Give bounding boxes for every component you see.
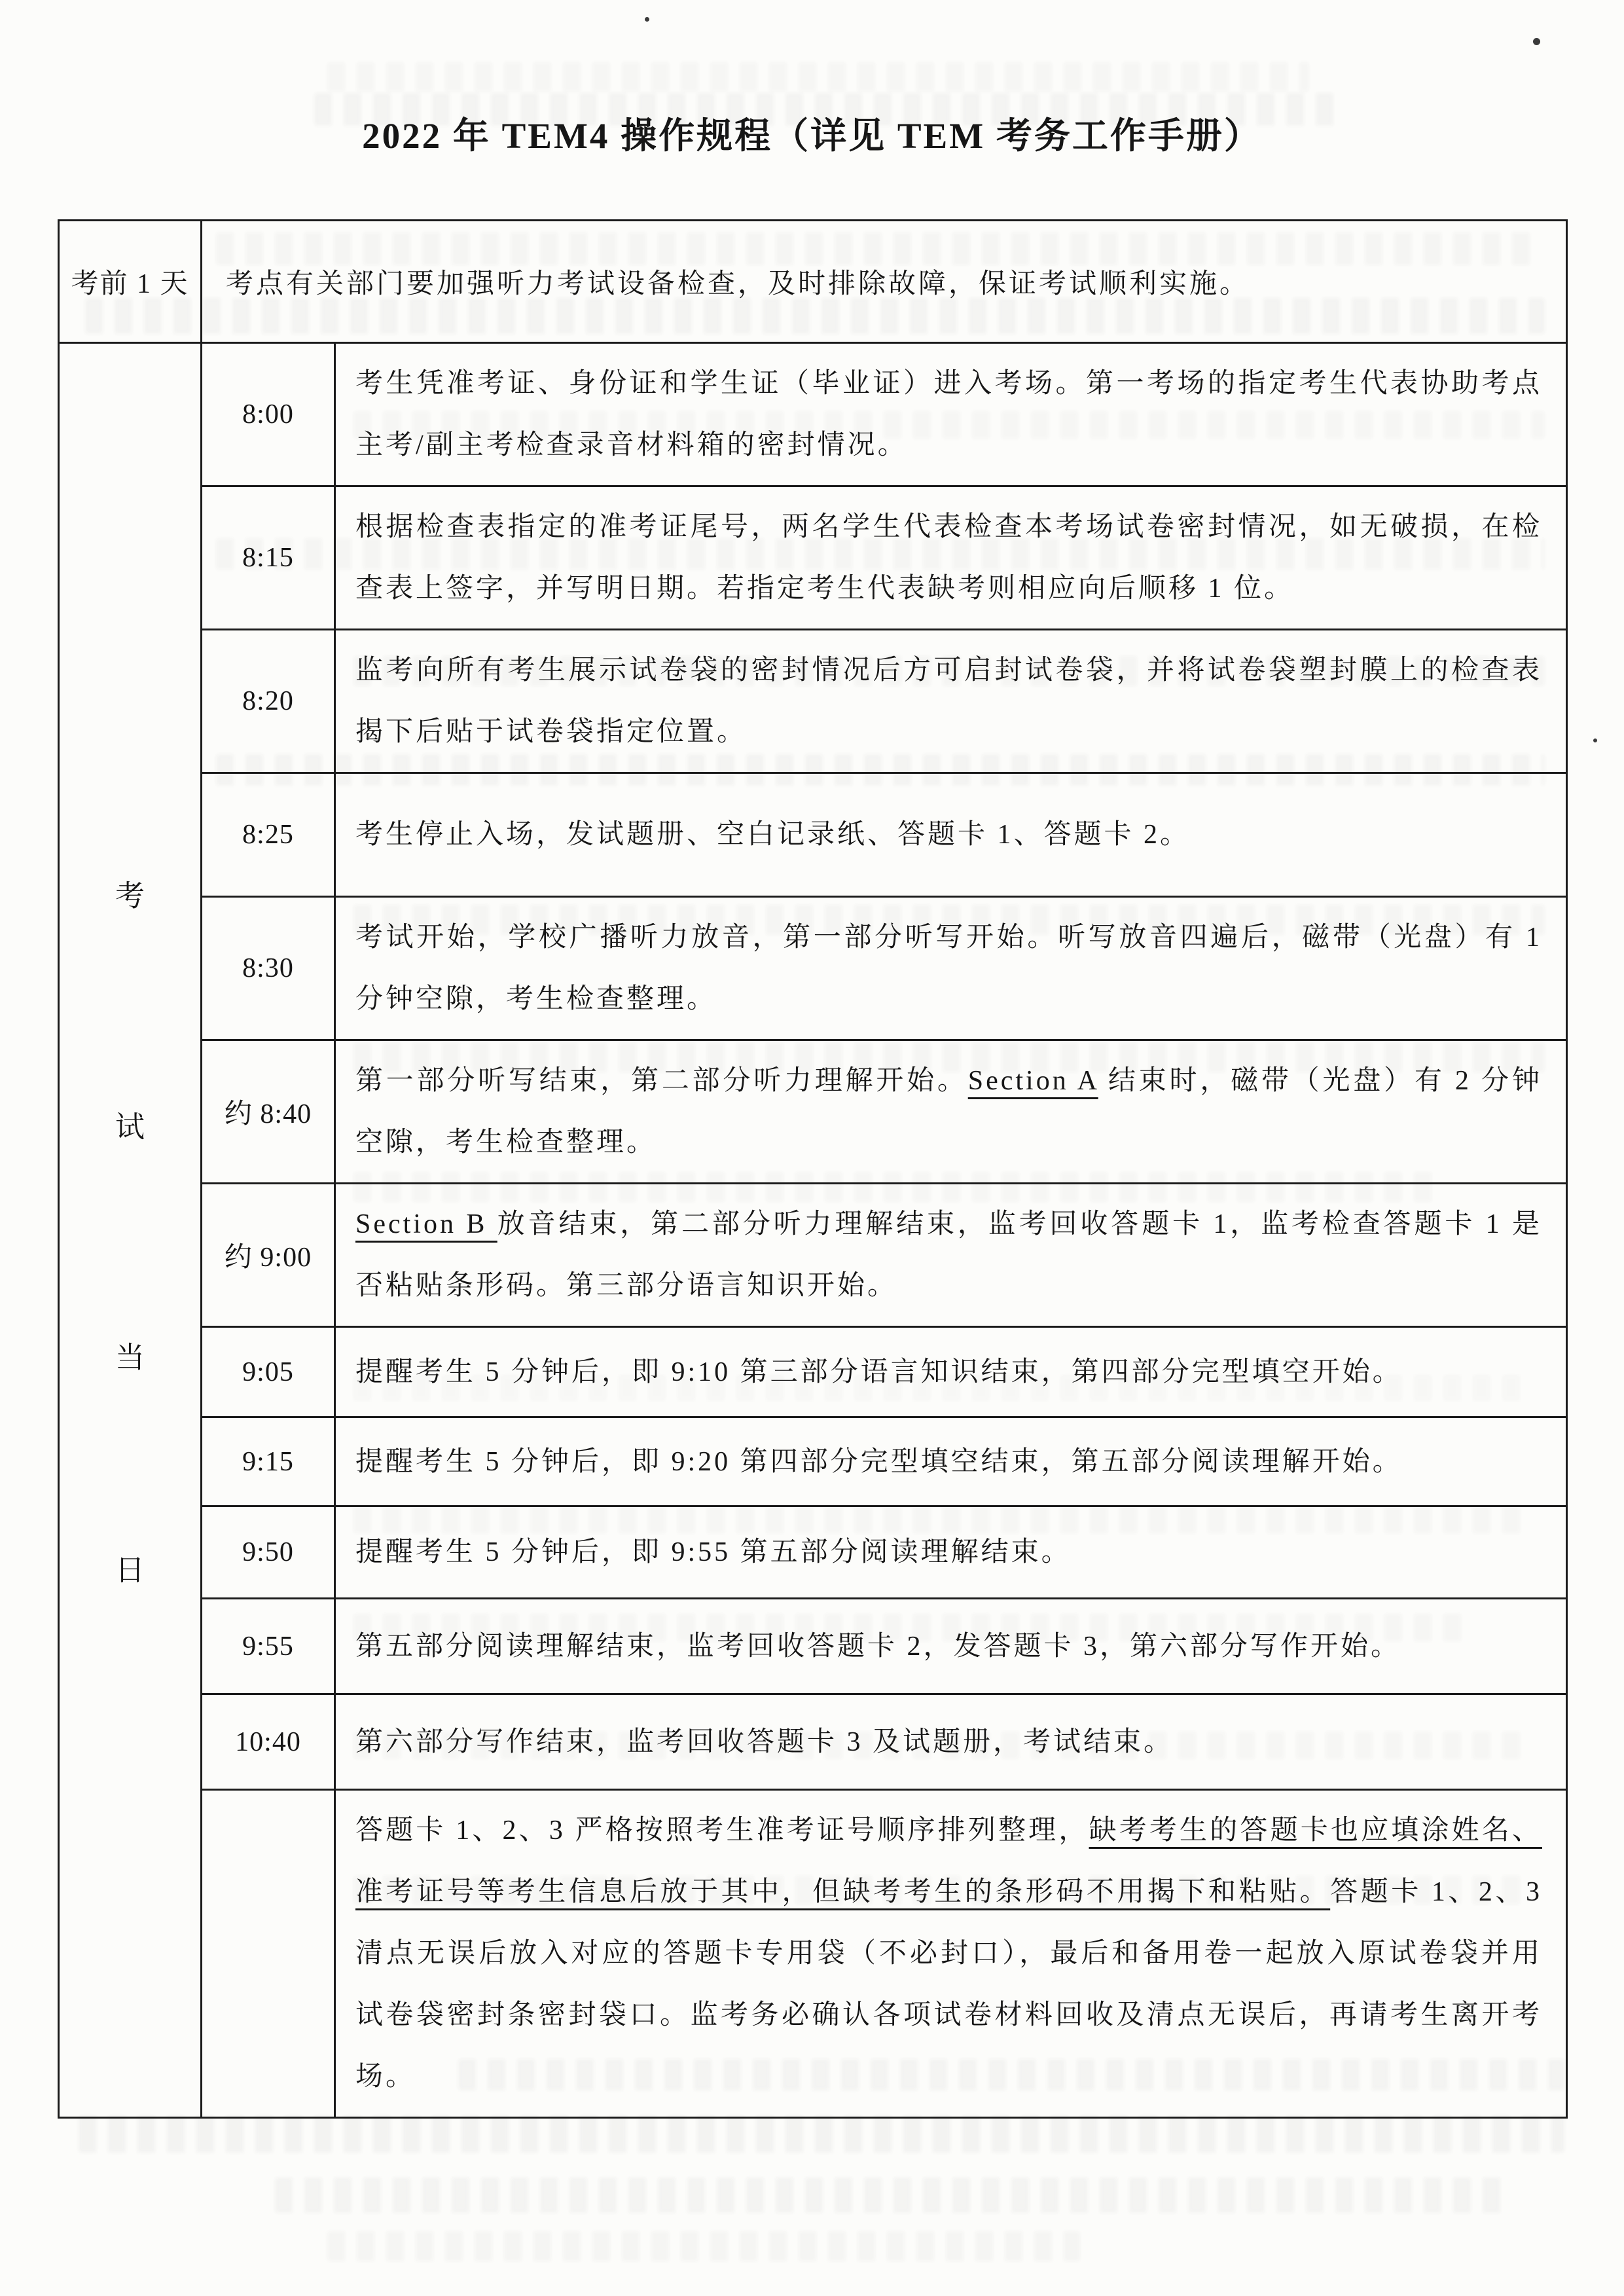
content-cell: 第一部分听写结束，第二部分听力理解开始。Section A 结束时，磁带（光盘）… bbox=[336, 1041, 1566, 1182]
time-cell bbox=[202, 1791, 336, 2117]
content-cell: 监考向所有考生展示试卷袋的密封情况后方可启封试卷袋，并将试卷袋塑封膜上的检查表揭… bbox=[336, 630, 1566, 772]
schedule-row: 9:05提醒考生 5 分钟后，即 9:10 第三部分语言知识结束，第四部分完型填… bbox=[202, 1326, 1566, 1416]
scan-speck bbox=[1533, 38, 1540, 45]
schedule-row: 约 8:40第一部分听写结束，第二部分听力理解开始。Section A 结束时，… bbox=[202, 1039, 1566, 1182]
text-segment: 答题卡 1、2、3 清点无误后放入对应的答题卡专用袋（不必封口），最后和备用卷一… bbox=[355, 1877, 1542, 2092]
exam-day-char: 考 bbox=[115, 872, 145, 915]
schedule-row: 答题卡 1、2、3 严格按照考生准考证号顺序排列整理，缺考考生的答题卡也应填涂姓… bbox=[202, 1789, 1566, 2117]
scan-speck bbox=[1593, 738, 1597, 742]
text-segment: 放音结束，第二部分听力理解结束，监考回收答题卡 1，监考检查答题卡 1 是否粘贴… bbox=[355, 1209, 1542, 1301]
content-cell: 提醒考生 5 分钟后，即 9:20 第四部分完型填空结束，第五部分阅读理解开始。 bbox=[336, 1418, 1566, 1505]
bleed-through-artifact bbox=[275, 2178, 1512, 2213]
exam-day-label: 考 试 当 日 bbox=[60, 344, 202, 2117]
time-cell: 8:30 bbox=[202, 898, 336, 1039]
content-cell: 考生停止入场，发试题册、空白记录纸、答题卡 1、答题卡 2。 bbox=[336, 774, 1566, 896]
procedure-table: 考前 1 天 考点有关部门要加强听力考试设备检查，及时排除故障，保证考试顺利实施… bbox=[58, 219, 1568, 2119]
schedule-row: 9:50提醒考生 5 分钟后，即 9:55 第五部分阅读理解结束。 bbox=[202, 1505, 1566, 1597]
schedule-row: 9:55第五部分阅读理解结束，监考回收答题卡 2，发答题卡 3，第六部分写作开始… bbox=[202, 1597, 1566, 1693]
content-cell: 第六部分写作结束，监考回收答题卡 3 及试题册，考试结束。 bbox=[336, 1695, 1566, 1789]
schedule-row: 9:15提醒考生 5 分钟后，即 9:20 第四部分完型填空结束，第五部分阅读理… bbox=[202, 1416, 1566, 1505]
bleed-through-artifact bbox=[327, 2231, 1080, 2261]
time-cell: 9:15 bbox=[202, 1418, 336, 1505]
day-before-row: 考前 1 天 考点有关部门要加强听力考试设备检查，及时排除故障，保证考试顺利实施… bbox=[60, 221, 1566, 344]
time-cell: 9:50 bbox=[202, 1507, 336, 1597]
schedule-row: 10:40第六部分写作结束，监考回收答题卡 3 及试题册，考试结束。 bbox=[202, 1693, 1566, 1789]
content-cell: 考试开始，学校广播听力放音，第一部分听写开始。听写放音四遍后，磁带（光盘）有 1… bbox=[336, 898, 1566, 1039]
time-cell: 约 9:00 bbox=[202, 1184, 336, 1326]
text-segment: 第五部分阅读理解结束，监考回收答题卡 2，发答题卡 3，第六部分写作开始。 bbox=[355, 1631, 1401, 1662]
schedule-row: 8:25考生停止入场，发试题册、空白记录纸、答题卡 1、答题卡 2。 bbox=[202, 772, 1566, 896]
time-cell: 约 8:40 bbox=[202, 1041, 336, 1182]
exam-day-char: 日 bbox=[115, 1546, 145, 1588]
text-segment: 提醒考生 5 分钟后，即 9:10 第三部分语言知识结束，第四部分完型填空开始。 bbox=[355, 1357, 1403, 1387]
text-segment: 监考向所有考生展示试卷袋的密封情况后方可启封试卷袋，并将试卷袋塑封膜上的检查表揭… bbox=[355, 655, 1542, 747]
time-cell: 8:25 bbox=[202, 774, 336, 896]
content-cell: 提醒考生 5 分钟后，即 9:55 第五部分阅读理解结束。 bbox=[336, 1507, 1566, 1597]
schedule-row: 8:30考试开始，学校广播听力放音，第一部分听写开始。听写放音四遍后，磁带（光盘… bbox=[202, 896, 1566, 1039]
day-before-label: 考前 1 天 bbox=[60, 221, 202, 342]
content-cell: 第五部分阅读理解结束，监考回收答题卡 2，发答题卡 3，第六部分写作开始。 bbox=[336, 1599, 1566, 1693]
schedule-row: 8:15根据检查表指定的准考证尾号，两名学生代表检查本考场试卷密封情况，如无破损… bbox=[202, 485, 1566, 629]
text-segment: 提醒考生 5 分钟后，即 9:20 第四部分完型填空结束，第五部分阅读理解开始。 bbox=[355, 1447, 1403, 1477]
scanned-document-page: 2022 年 TEM4 操作规程（详见 TEM 考务工作手册） 考前 1 天 考… bbox=[0, 0, 1624, 2296]
text-segment: 根据检查表指定的准考证尾号，两名学生代表检查本考场试卷密封情况，如无破损，在检查… bbox=[355, 512, 1542, 604]
bleed-through-artifact bbox=[327, 62, 1309, 92]
text-segment: 提醒考生 5 分钟后，即 9:55 第五部分阅读理解结束。 bbox=[355, 1537, 1072, 1567]
underlined-text-segment: Section B bbox=[355, 1209, 497, 1239]
text-segment: 考试开始，学校广播听力放音，第一部分听写开始。听写放音四遍后，磁带（光盘）有 1… bbox=[355, 922, 1542, 1014]
text-segment: 答题卡 1、2、3 严格按照考生准考证号顺序排列整理， bbox=[355, 1815, 1089, 1846]
text-segment: 考生停止入场，发试题册、空白记录纸、答题卡 1、答题卡 2。 bbox=[355, 820, 1190, 850]
text-segment: 第六部分写作结束，监考回收答题卡 3 及试题册，考试结束。 bbox=[355, 1727, 1174, 1757]
page-title: 2022 年 TEM4 操作规程（详见 TEM 考务工作手册） bbox=[0, 107, 1624, 158]
time-cell: 8:20 bbox=[202, 630, 336, 772]
exam-day-char: 当 bbox=[115, 1333, 145, 1376]
time-cell: 8:15 bbox=[202, 487, 336, 629]
schedule-rows: 8:00考生凭准考证、身份证和学生证（毕业证）进入考场。第一考场的指定考生代表协… bbox=[202, 344, 1566, 2117]
day-before-text: 考点有关部门要加强听力考试设备检查，及时排除故障，保证考试顺利实施。 bbox=[202, 221, 1566, 342]
underlined-text-segment: Section A bbox=[968, 1066, 1098, 1096]
content-cell: 答题卡 1、2、3 严格按照考生准考证号顺序排列整理，缺考考生的答题卡也应填涂姓… bbox=[336, 1791, 1566, 2117]
content-cell: Section B 放音结束，第二部分听力理解结束，监考回收答题卡 1，监考检查… bbox=[336, 1184, 1566, 1326]
time-cell: 9:05 bbox=[202, 1328, 336, 1416]
exam-day-body: 考 试 当 日 8:00考生凭准考证、身份证和学生证（毕业证）进入考场。第一考场… bbox=[60, 344, 1566, 2117]
time-cell: 9:55 bbox=[202, 1599, 336, 1693]
time-cell: 8:00 bbox=[202, 344, 336, 485]
schedule-row: 8:00考生凭准考证、身份证和学生证（毕业证）进入考场。第一考场的指定考生代表协… bbox=[202, 344, 1566, 485]
scan-speck bbox=[645, 17, 649, 22]
content-cell: 根据检查表指定的准考证尾号，两名学生代表检查本考场试卷密封情况，如无破损，在检查… bbox=[336, 487, 1566, 629]
schedule-row: 约 9:00Section B 放音结束，第二部分听力理解结束，监考回收答题卡 … bbox=[202, 1182, 1566, 1326]
text-segment: 第一部分听写结束，第二部分听力理解开始。 bbox=[355, 1066, 968, 1096]
content-cell: 考生凭准考证、身份证和学生证（毕业证）进入考场。第一考场的指定考生代表协助考点主… bbox=[336, 344, 1566, 485]
content-cell: 提醒考生 5 分钟后，即 9:10 第三部分语言知识结束，第四部分完型填空开始。 bbox=[336, 1328, 1566, 1416]
bleed-through-artifact bbox=[79, 2116, 1564, 2153]
time-cell: 10:40 bbox=[202, 1695, 336, 1789]
text-segment: 考生凭准考证、身份证和学生证（毕业证）进入考场。第一考场的指定考生代表协助考点主… bbox=[355, 369, 1542, 460]
schedule-row: 8:20监考向所有考生展示试卷袋的密封情况后方可启封试卷袋，并将试卷袋塑封膜上的… bbox=[202, 629, 1566, 772]
exam-day-char: 试 bbox=[115, 1102, 145, 1145]
